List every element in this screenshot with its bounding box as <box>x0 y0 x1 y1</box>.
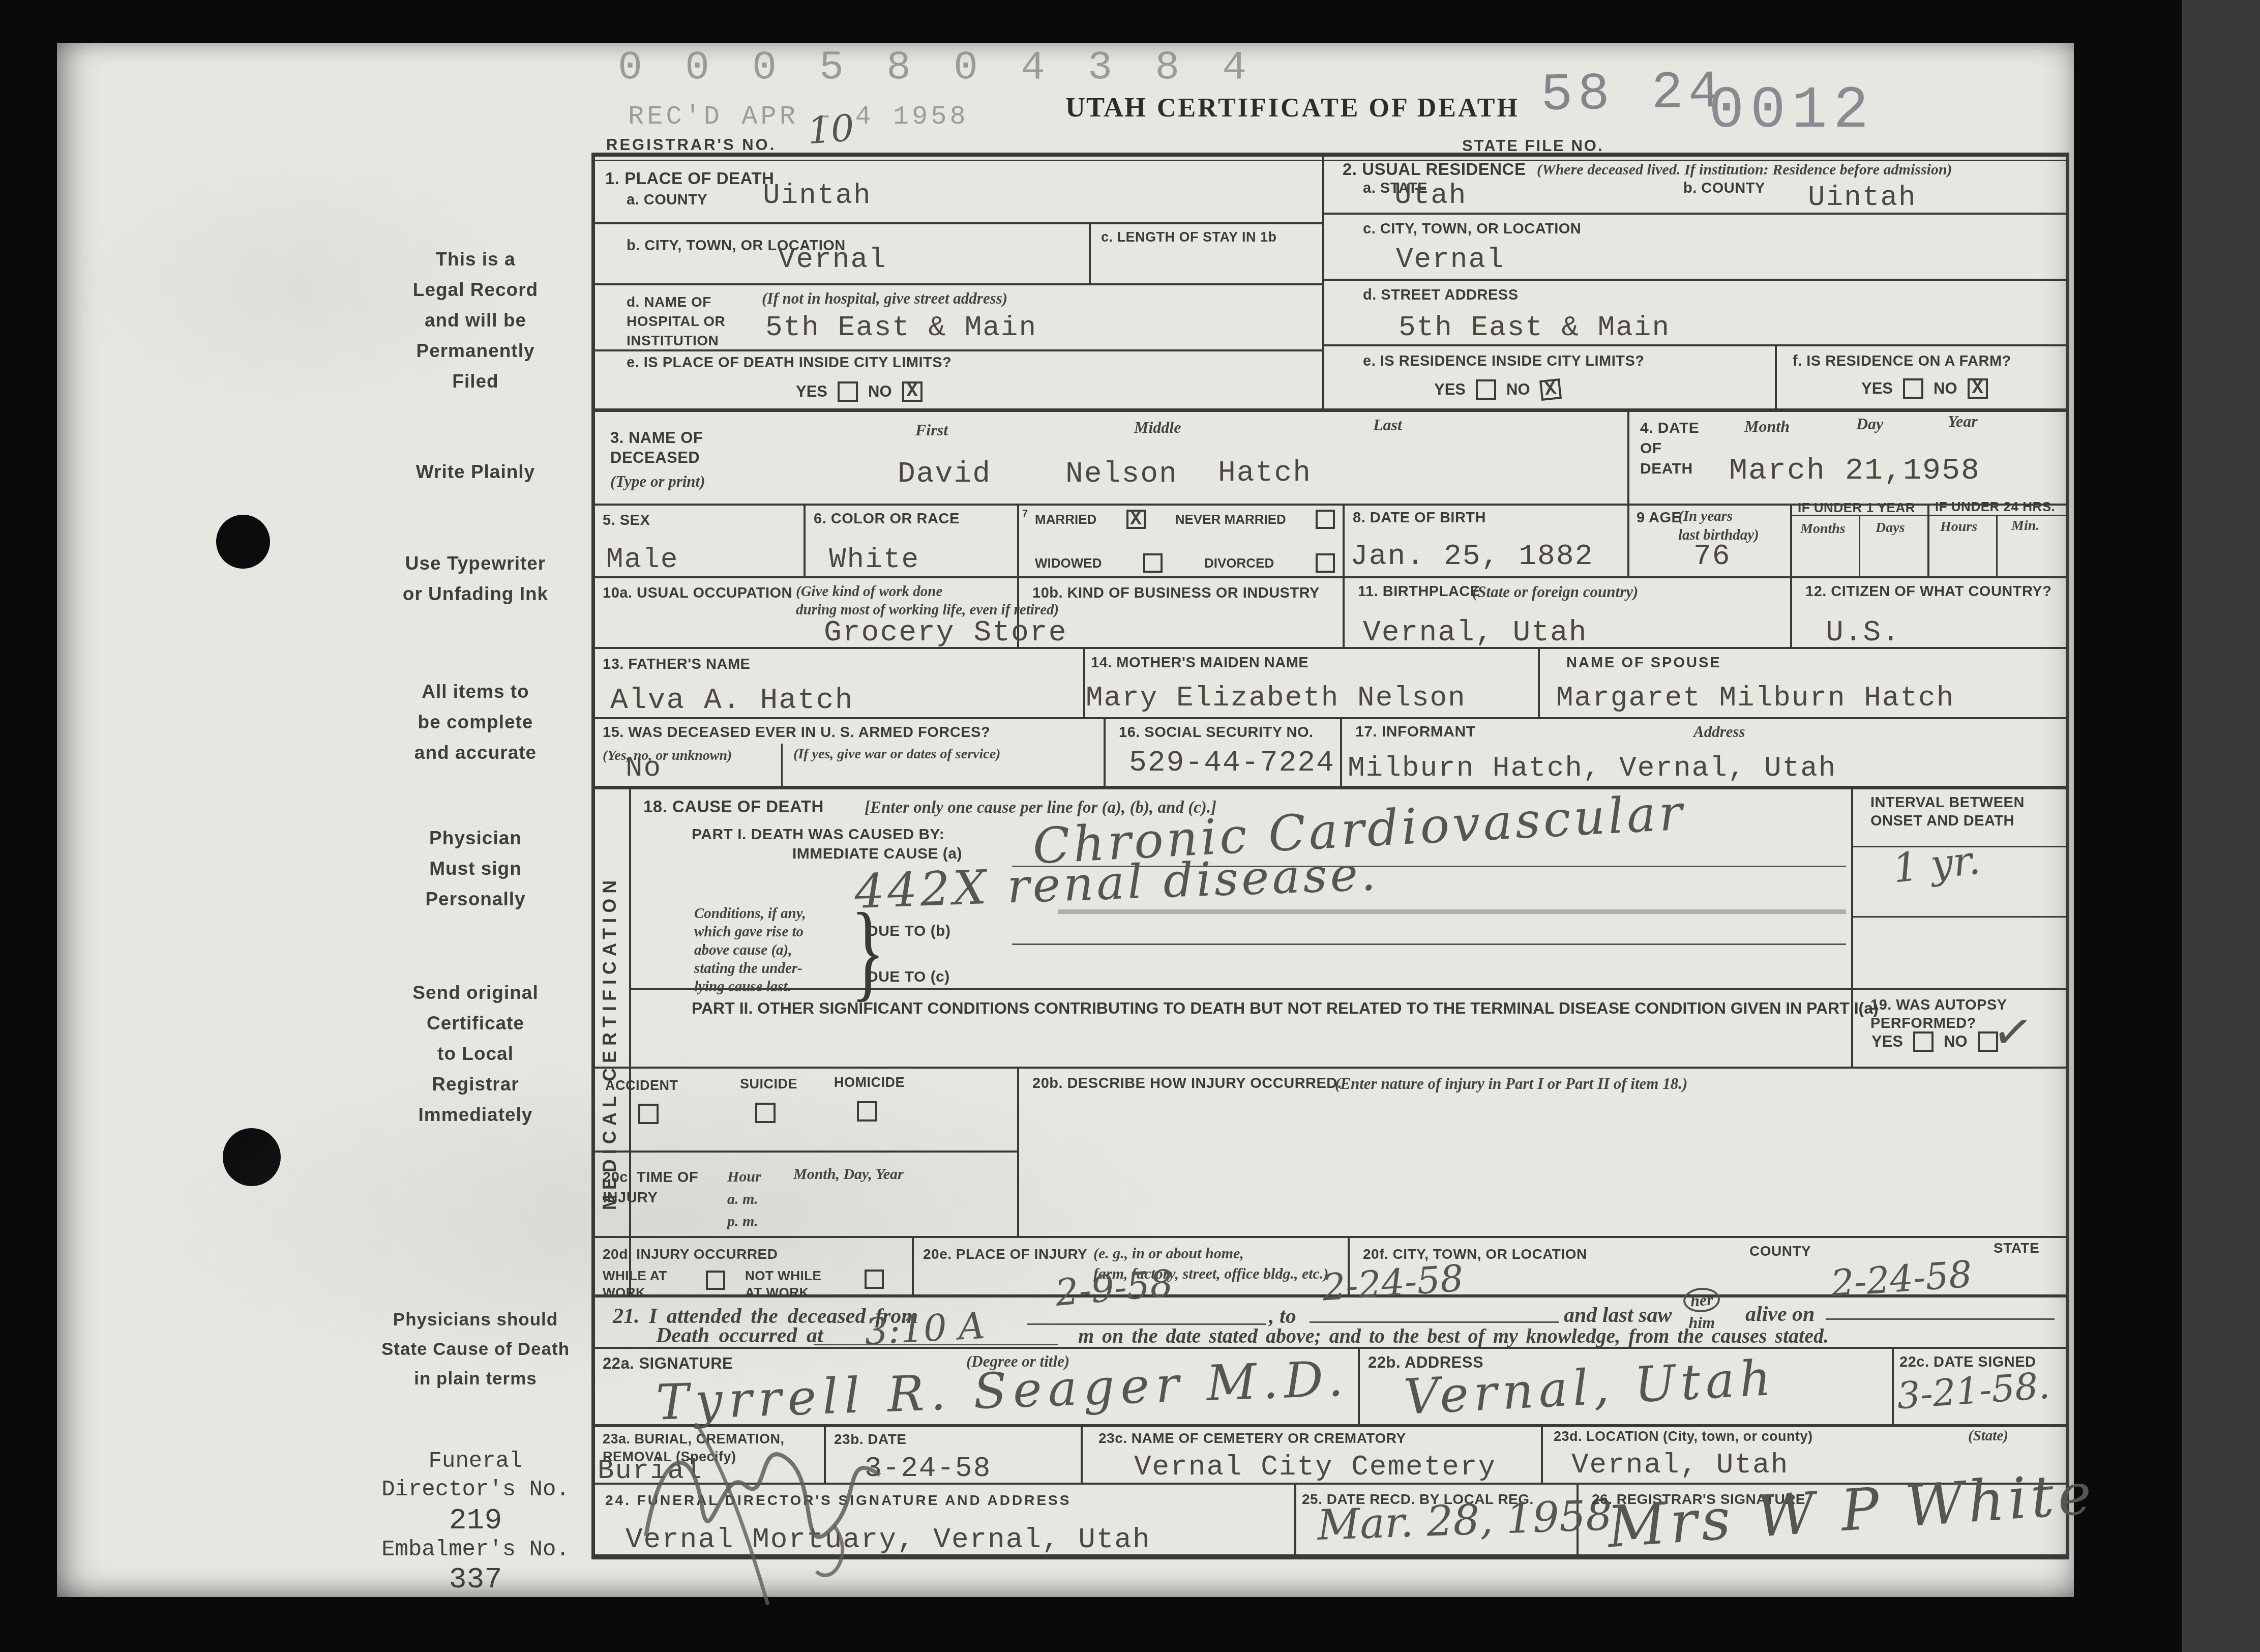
s9-note: (In years last birthday) <box>1678 507 1759 545</box>
s7-married-row: MARRIED X NEVER MARRIED <box>1035 510 1335 529</box>
form-line <box>1627 504 1629 576</box>
form-line <box>1340 717 1342 786</box>
margin-note-send-original: Send original Certificate to Local Regis… <box>356 978 595 1130</box>
yes-label: YES <box>1871 1032 1903 1051</box>
s2c-city-value: Vernal <box>1396 243 1505 276</box>
margin-note-complete: All items to be complete and accurate <box>356 676 595 768</box>
s19-autopsy-checkboxes: YES NO <box>1871 1031 1998 1052</box>
margin-note-plain-terms: Physicians should State Cause of Death i… <box>356 1305 595 1394</box>
s2d-address-value: 5th East & Main <box>1399 311 1670 344</box>
form-line <box>912 1236 914 1294</box>
s7-widowed-row: WIDOWED DIVORCED <box>1035 553 1335 573</box>
s18-interval-value: 1 yr. <box>1891 837 1982 892</box>
s23d-location-value: Vernal, Utah <box>1571 1449 1789 1481</box>
s22a-label: 22a. SIGNATURE <box>603 1354 733 1374</box>
s2f-no-checkbox: X <box>1968 378 1988 399</box>
s1e-label: e. IS PLACE OF DEATH INSIDE CITY LIMITS? <box>627 353 951 372</box>
no-label: NO <box>1944 1032 1968 1051</box>
s20a-homicide-checkbox <box>857 1101 877 1122</box>
state-file-stamp-left: 58 24 <box>1540 63 1726 126</box>
s25-date-received-value: Mar. 28, 1958 <box>1317 1491 1613 1550</box>
s20c-label: 20c. TIME OF INJURY <box>603 1167 698 1208</box>
s20c-mdy-header: Month, Day, Year <box>793 1165 904 1184</box>
form-line <box>629 988 2069 990</box>
no-label: NO <box>868 382 892 401</box>
s2e-label: e. IS RESIDENCE INSIDE CITY LIMITS? <box>1363 352 1645 370</box>
s2d-label: d. STREET ADDRESS <box>1363 286 1519 304</box>
form-line <box>804 504 806 576</box>
form-line <box>1851 786 1853 1067</box>
form-line <box>1996 515 1998 576</box>
no-label: NO <box>1506 380 1530 399</box>
s5-label: 5. SEX <box>603 511 650 529</box>
form-line <box>591 153 2069 157</box>
s15-label: 15. WAS DECEASED EVER IN U. S. ARMED FOR… <box>603 723 990 742</box>
form-line <box>1017 504 1019 576</box>
s20d-notwhile-checkbox <box>865 1270 884 1289</box>
funeral-director-signature-scrawl <box>615 1404 1012 1607</box>
s3-last-header: Last <box>1373 415 1402 435</box>
form-line <box>591 576 2069 578</box>
s4-date-of-death-value: March 21,1958 <box>1729 454 1980 488</box>
form-line <box>591 1150 1017 1153</box>
s17-address-header: Address <box>1693 722 1745 742</box>
form-line <box>781 744 783 786</box>
form-line <box>1775 344 1777 408</box>
form-line <box>697 1424 768 1605</box>
never-married-label: NEVER MARRIED <box>1175 512 1286 527</box>
s9-under24-label: IF UNDER 24 HRS. <box>1935 498 2055 515</box>
hole-punch-bottom <box>223 1128 281 1186</box>
s4-day-header: Day <box>1856 414 1883 434</box>
s15-note1: (Yes, no, or unknown) <box>603 747 732 764</box>
s18-due-b-label: DUE TO (b) <box>867 922 950 941</box>
form-line <box>1322 279 2067 281</box>
s3-first-header: First <box>915 420 948 440</box>
s16-label: 16. SOCIAL SECURITY NO. <box>1119 723 1314 742</box>
funeral-directors-no-value: 219 <box>356 1504 595 1538</box>
s21-her-circled: her <box>1682 1287 1721 1314</box>
form-line <box>646 1454 880 1537</box>
s13-father-value: Alva A. Hatch <box>610 684 853 717</box>
s14-label: 14. MOTHER'S MAIDEN NAME <box>1091 654 1309 672</box>
form-line <box>591 222 1322 224</box>
s20b-note: (Enter nature of injury in Part I or Par… <box>1335 1074 1687 1094</box>
form-line <box>591 1236 2069 1238</box>
s10a-label: 10a. USUAL OCCUPATION <box>603 584 792 602</box>
divorced-label: DIVORCED <box>1204 555 1274 571</box>
s2-title-note: (Where deceased lived. If institution: R… <box>1537 160 1952 180</box>
embalmers-no-label: Embalmer's No. <box>356 1537 595 1562</box>
s2e-yes-checkbox <box>1476 379 1496 400</box>
received-date-stamp: REC'D APR - 4 1958 <box>628 102 969 132</box>
s20d-while-label: WHILE AT WORK <box>603 1267 667 1301</box>
funeral-directors-no-label: Funeral Director's No. <box>356 1447 595 1504</box>
margin-note-legal-record: This is a Legal Record and will be Perma… <box>356 244 595 397</box>
s23c-label: 23c. NAME OF CEMETERY OR CREMATORY <box>1098 1429 1406 1447</box>
s18-due-c-label: DUE TO (c) <box>867 967 950 987</box>
form-title-text: CERTIFICATE OF DEATH <box>1157 93 1520 123</box>
s20a-accident-checkbox <box>638 1104 659 1124</box>
s18-immediate-cause-label: IMMEDIATE CAUSE (a) <box>792 844 962 864</box>
s13-label: 13. FATHER'S NAME <box>603 655 750 673</box>
s19-no-checkmark: ✓ <box>1989 1002 2037 1063</box>
s6-label: 6. COLOR OR RACE <box>814 510 960 528</box>
spouse-value: Margaret Milburn Hatch <box>1556 682 1954 714</box>
s18-interval-label: INTERVAL BETWEEN ONSET AND DEATH <box>1870 793 2025 831</box>
s10b-label: 10b. KIND OF BUSINESS OR INDUSTRY <box>1032 584 1320 602</box>
state-file-stamp-right: 0012 <box>1709 77 1875 144</box>
form-line <box>1790 576 1792 647</box>
s18-part2-label: PART II. OTHER SIGNIFICANT CONDITIONS CO… <box>692 998 1879 1018</box>
s1e-no-checkbox: X <box>902 381 923 402</box>
s4-month-header: Month <box>1744 416 1790 436</box>
s1e-city-limits-checkboxes: YES NOX <box>796 381 923 402</box>
s9-under1yr-label: IF UNDER 1 YEAR <box>1798 499 1915 516</box>
x-mark: X <box>1130 509 1142 530</box>
s11-note: (State or foreign country) <box>1472 582 1638 602</box>
form-line <box>1343 504 1345 576</box>
form-line <box>1538 647 1540 717</box>
form-line <box>591 717 2069 719</box>
s1d-note: (If not in hospital, give street address… <box>762 289 1007 309</box>
s2b-county-value: Uintah <box>1808 181 1917 214</box>
s3-middle-header: Middle <box>1134 417 1181 437</box>
hole-punch-top <box>216 515 270 569</box>
s7-never-married-checkbox <box>1316 510 1335 529</box>
form-line <box>1826 1318 2055 1320</box>
form-line <box>1058 909 1846 914</box>
s4-label: 4. DATE OF DEATH <box>1640 418 1699 479</box>
s18-brace: } <box>851 888 885 1014</box>
s23d-state-note: (State) <box>1968 1427 2008 1445</box>
s3-last-value: Hatch <box>1218 457 1312 490</box>
form-line <box>591 408 2069 412</box>
s21-knowledge-text: m on the date stated above; and to the b… <box>1078 1323 1829 1349</box>
s3-note: (Type or print) <box>610 472 705 492</box>
s8-birth-date-value: Jan. 25, 1882 <box>1350 540 1593 573</box>
s20a-homicide-label: HOMICIDE <box>834 1074 905 1091</box>
s23d-label: 23d. LOCATION (City, town, or county) <box>1554 1428 1812 1445</box>
s20b-label: 20b. DESCRIBE HOW INJURY OCCURRED. <box>1032 1074 1342 1093</box>
s12-citizen-value: U.S. <box>1826 616 1900 650</box>
s9-label: 9 AGE <box>1637 509 1681 527</box>
form-title-state: UTAH <box>1065 92 1147 123</box>
s1a-label: a. COUNTY <box>627 191 707 209</box>
yes-label: YES <box>1861 379 1893 398</box>
s9-days-header: Days <box>1876 519 1905 537</box>
s15-armed-forces-value: No <box>626 752 662 784</box>
s14-mother-value: Mary Elizabeth Nelson <box>1086 682 1466 714</box>
form-line <box>1627 408 1629 504</box>
s11-birthplace-value: Vernal, Utah <box>1363 616 1588 650</box>
yes-label: YES <box>796 382 827 401</box>
s1a-county-value: Uintah <box>763 179 872 212</box>
form-line <box>1012 943 1846 945</box>
margin-note-physician-sign: Physician Must sign Personally <box>356 823 595 914</box>
s1e-yes-checkbox <box>838 381 858 402</box>
form-line <box>1892 1347 1894 1424</box>
form-line <box>1322 213 2067 215</box>
margin-note-write-plainly: Write Plainly <box>356 457 595 487</box>
s1d-label: d. NAME OF HOSPITAL OR INSTITUTION <box>627 292 725 350</box>
s2c-label: c. CITY, TOWN, OR LOCATION <box>1363 220 1581 238</box>
s20f-label: 20f. CITY, TOWN, OR LOCATION <box>1363 1245 1587 1263</box>
s15-note2: (If yes, give war or dates of service) <box>793 745 1000 763</box>
form-line <box>1017 1067 1019 1236</box>
form-line <box>1859 515 1860 576</box>
form-line <box>1083 647 1085 717</box>
s19-yes-checkbox <box>1913 1031 1934 1052</box>
s20d-notwhile-label: NOT WHILE AT WORK <box>745 1267 821 1301</box>
spouse-label: NAME OF SPOUSE <box>1566 654 1721 672</box>
s2e-no-checkbox: X <box>1539 378 1562 401</box>
s9-min-header: Min. <box>2011 517 2039 535</box>
s17-label: 17. INFORMANT <box>1355 722 1476 742</box>
form-line <box>1358 1347 1360 1424</box>
form-line <box>1322 344 2067 346</box>
widowed-label: WIDOWED <box>1035 555 1102 571</box>
x-mark: X <box>906 380 918 402</box>
s20c-hour-header: Hour a. m. p. m. <box>727 1166 761 1233</box>
s20d-label: 20d. INJURY OCCURRED <box>603 1245 778 1263</box>
s20f-county-header: COUNTY <box>1749 1242 1811 1260</box>
s20a-suicide-label: SUICIDE <box>740 1076 797 1093</box>
s5-sex-value: Male <box>606 543 678 576</box>
s2b-label: b. COUNTY <box>1683 179 1765 197</box>
serial-number-stamp: 0 0 0 5 8 0 4 3 8 4 <box>618 45 1256 91</box>
form-line <box>1343 576 1345 647</box>
s9-months-header: Months <box>1800 520 1846 538</box>
form-line <box>1294 1483 1296 1554</box>
s19-label: 19. WAS AUTOPSY PERFORMED? <box>1870 996 2007 1033</box>
s7-divorced-checkbox <box>1316 553 1335 573</box>
registrars-no-label: REGISTRAR'S NO. <box>606 135 776 155</box>
married-label: MARRIED <box>1035 512 1096 527</box>
s20a-suicide-checkbox <box>755 1103 776 1123</box>
s3-label: 3. NAME OF DECEASED <box>610 428 703 468</box>
s20f-state-header: STATE <box>1994 1239 2039 1257</box>
s16-ssn-value: 529-44-7224 <box>1129 747 1335 780</box>
s20d-while-checkbox <box>706 1271 725 1290</box>
no-label: NO <box>1934 379 1957 398</box>
s9-hours-header: Hours <box>1940 518 1977 536</box>
s2a-state-value: Utah <box>1394 179 1467 212</box>
registrars-no-value: 10 <box>806 106 855 152</box>
death-certificate-scan: 0 0 0 5 8 0 4 3 8 4 REC'D APR - 4 1958 R… <box>0 0 2260 1652</box>
embalmers-no-value: 337 <box>356 1563 595 1597</box>
s11-label: 11. BIRTHPLACE <box>1358 582 1480 601</box>
s6-race-value: White <box>829 543 919 576</box>
s3-first-value: David <box>898 458 991 491</box>
s12-label: 12. CITIZEN OF WHAT COUNTRY? <box>1805 582 2051 601</box>
s2e-city-limits-checkboxes: YES NOX <box>1434 379 1561 400</box>
s21-time-value: 3:10 A <box>864 1304 986 1353</box>
s21-death-occurred-text: Death occurred at <box>656 1322 823 1349</box>
x-mark: X <box>1543 378 1557 401</box>
form-line <box>1541 1424 1543 1483</box>
scan-edge-band <box>2182 0 2260 1652</box>
s2-title: 2. USUAL RESIDENCE <box>1343 159 1526 180</box>
x-mark: X <box>1972 377 1983 399</box>
margin-note-typewriter: Use Typewriter or Unfading Ink <box>356 548 595 609</box>
s9-age-value: 76 <box>1693 540 1731 573</box>
s10a-note: (Give kind of work done during most of w… <box>796 582 1059 619</box>
form-line <box>1104 717 1106 786</box>
form-line <box>1322 153 1324 408</box>
form-line <box>1851 916 2067 918</box>
form-line <box>591 283 1322 285</box>
s17-informant-value: Milburn Hatch, Vernal, Utah <box>1348 752 1836 784</box>
medical-certification-vertical-label: MEDICAL CERTIFICATION <box>599 793 620 1292</box>
form-line <box>1310 1321 1559 1323</box>
s4-year-header: Year <box>1948 411 1978 431</box>
s2f-farm-checkboxes: YES NOX <box>1861 378 1988 399</box>
s23c-cemetery-value: Vernal City Cemetery <box>1134 1451 1496 1483</box>
yes-label: YES <box>1434 380 1466 399</box>
form-title: UTAH CERTIFICATE OF DEATH <box>1065 92 1520 123</box>
s7-number: 7 <box>1022 508 1028 520</box>
form-line <box>629 786 631 1294</box>
s3-middle-value: Nelson <box>1065 458 1178 491</box>
s10a-occupation-value: Grocery Store <box>824 616 1067 650</box>
s7-widowed-checkbox <box>1143 553 1163 573</box>
s20a-accident-label: ACCIDENT <box>605 1077 678 1095</box>
form-line <box>591 786 2069 789</box>
s18-conditions-note: Conditions, if any, which gave rise to a… <box>694 904 806 996</box>
s1b-city-value: Vernal <box>778 243 887 276</box>
s7-married-checkbox: X <box>1126 510 1146 529</box>
s18-label: 18. CAUSE OF DEATH <box>643 796 824 817</box>
form-line <box>1089 222 1091 283</box>
s2f-label: f. IS RESIDENCE ON A FARM? <box>1793 352 2011 370</box>
s2f-yes-checkbox <box>1903 378 1923 399</box>
s1d-address-value: 5th East & Main <box>765 311 1037 344</box>
s1-title: 1. PLACE OF DEATH <box>605 168 774 189</box>
s8-label: 8. DATE OF BIRTH <box>1353 509 1486 527</box>
form-line <box>1081 1424 1083 1483</box>
form-line <box>591 1067 2069 1069</box>
s1c-label: c. LENGTH OF STAY IN 1b <box>1101 229 1320 246</box>
s20e-label: 20e. PLACE OF INJURY <box>923 1245 1087 1263</box>
s18-part1-label: PART I. DEATH WAS CAUSED BY: <box>692 825 944 844</box>
